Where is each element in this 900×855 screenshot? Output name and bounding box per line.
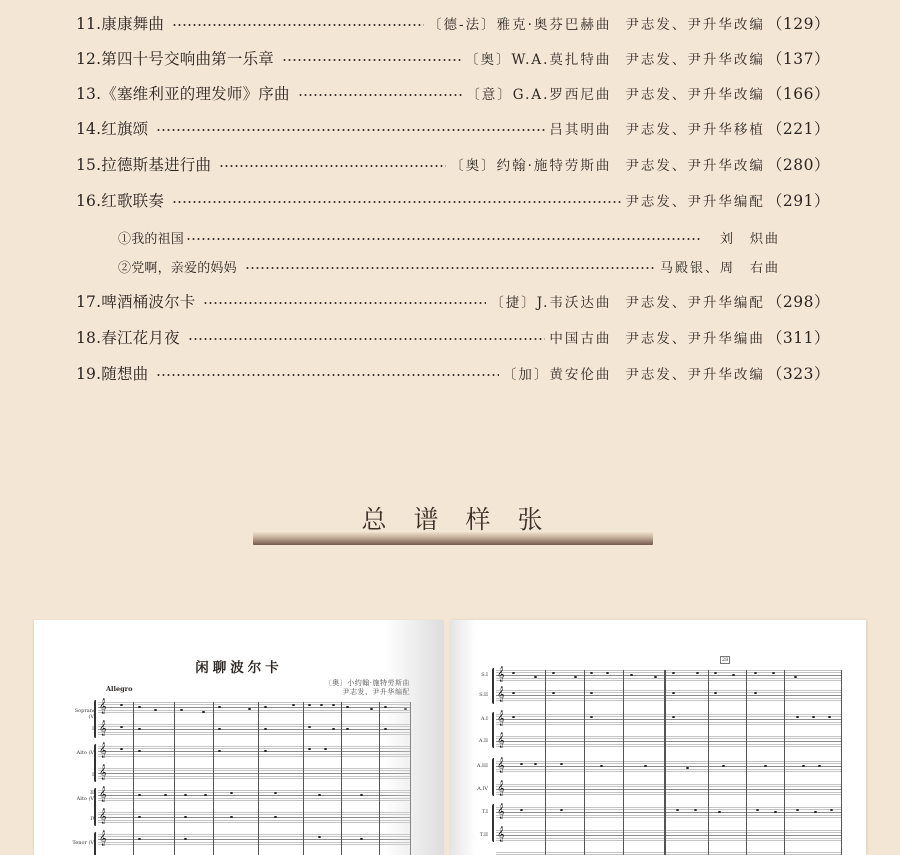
staff-brace [94, 700, 97, 738]
toc-entry-arranger: 尹志发、尹升华改编 [625, 363, 765, 383]
barline [841, 670, 842, 855]
treble-clef-icon: 𝄞 [497, 828, 505, 841]
section-title: 总谱样张 [252, 500, 652, 536]
page-gutter-shadow [450, 620, 476, 855]
score-sample-book: 闲聊波尔卡 〔奥〕小约翰·施特劳斯曲 尹志发、尹升华编配 Allegro ISo… [34, 620, 866, 855]
barline [584, 670, 585, 855]
treble-clef-icon: 𝄞 [497, 688, 505, 701]
toc-entry: 11.康康舞曲 〔德-法〕雅克·奥芬巴赫曲 尹志发、尹升华改编 （129） [76, 10, 830, 36]
barline [746, 670, 747, 855]
treble-clef-icon: 𝄞 [497, 805, 505, 818]
staff-brace [492, 758, 495, 796]
barline [133, 702, 134, 855]
toc-entry-composer: 〔意〕G.A.罗西尼曲 [466, 83, 611, 103]
barline [213, 702, 214, 855]
barline [708, 670, 709, 855]
staff-brace [94, 744, 97, 782]
barline [258, 702, 259, 855]
music-staff [98, 702, 410, 713]
dot-leader [245, 267, 656, 269]
toc-entry: 17.啤酒桶波尔卡 〔捷〕J.韦沃达曲 尹志发、尹升华编配 （298） [76, 288, 830, 314]
treble-clef-icon: 𝄞 [99, 766, 107, 779]
music-staff [496, 784, 842, 795]
toc-entry-title: 18.春江花月夜 [76, 326, 180, 348]
toc-entry-page: （291） [767, 189, 830, 211]
treble-clef-icon: 𝄞 [99, 810, 107, 823]
staff-brace [492, 668, 495, 704]
music-staff [496, 690, 842, 701]
treble-clef-icon: 𝄞 [497, 782, 505, 795]
dot-leader [172, 201, 621, 203]
toc-entry-composer: 〔奥〕约翰·施特劳斯曲 [450, 154, 611, 174]
barline [303, 702, 304, 855]
staff-brace [492, 712, 495, 748]
toc-entry-arranger: 尹志发、尹升华编配 [625, 291, 765, 311]
toc-entry-composer: 中国古曲 [549, 327, 611, 347]
toc-entry-arranger: 尹志发、尹升华改编 [625, 154, 765, 174]
toc-entry-page: （166） [767, 82, 830, 104]
toc-entry-page: （298） [767, 290, 830, 312]
music-staff [98, 812, 410, 823]
treble-clef-icon: 𝄞 [497, 668, 505, 681]
score-title: 闲聊波尔卡 [34, 656, 444, 676]
toc-sub-entry-title: ②党啊，亲爱的妈妈 [118, 257, 237, 276]
barline [174, 702, 175, 855]
toc-entry-title: 19.随想曲 [76, 362, 148, 384]
music-staff [496, 761, 842, 772]
toc-entry-arranger: 尹志发、尹升华改编 [625, 13, 765, 33]
tempo-marking: Allegro [106, 685, 132, 693]
music-staff [496, 670, 842, 681]
toc-entry-composer: 〔加〕黄安伦曲 [503, 363, 612, 383]
toc-entry-title: 15.拉德斯基进行曲 [76, 153, 211, 175]
toc-entry-title: 16.红歌联奏 [76, 189, 164, 211]
toc-entry-title: 13.《塞维利亚的理发师》序曲 [76, 82, 290, 104]
toc-entry-composer: 吕其明曲 [549, 118, 611, 138]
toc-entry-page: （129） [767, 12, 830, 34]
music-staff [98, 746, 410, 757]
dot-leader [156, 129, 545, 131]
toc-entry-composer: 〔捷〕J.韦沃达曲 [490, 291, 611, 311]
score-page-left: 闲聊波尔卡 〔奥〕小约翰·施特劳斯曲 尹志发、尹升华编配 Allegro ISo… [34, 620, 444, 855]
rehearsal-measure-number: 28 [720, 656, 730, 664]
staff-label: II [72, 726, 96, 732]
toc-entry-page: （280） [767, 153, 830, 175]
barline [341, 702, 342, 855]
barline [664, 670, 666, 855]
toc-entry: 18.春江花月夜 中国古曲 尹志发、尹升华编曲 （311） [76, 324, 830, 350]
staff-label: ITenor (Ⅴ) [72, 834, 96, 846]
dot-leader [203, 302, 486, 304]
music-staff [98, 790, 410, 801]
toc-entry: 15.拉德斯基进行曲 〔奥〕约翰·施特劳斯曲 尹志发、尹升华改编 （280） [76, 151, 830, 177]
toc-entry-title: 14.红旗颂 [76, 117, 148, 139]
staff-label: II [72, 772, 96, 778]
treble-clef-icon: 𝄞 [99, 700, 107, 713]
toc-entry-arranger: 尹志发、尹升华移植 [625, 118, 765, 138]
score-page-right: 28 S.I S.II A.I A.II A.III A.IV T.I T.II… [450, 620, 866, 855]
toc-entry: 16.红歌联奏 尹志发、尹升华编配 （291） [76, 187, 830, 213]
music-staff [98, 768, 410, 779]
toc-entry-arranger: 尹志发、尹升华编曲 [625, 327, 765, 347]
toc-entry-composer: 〔奥〕W.A.莫扎特曲 [465, 48, 611, 68]
toc-sub-entry: ②党啊，亲爱的妈妈 马殿银、周 右曲 [118, 253, 780, 279]
toc-entry-page: （323） [767, 362, 830, 384]
section-underline-bar [253, 532, 653, 545]
page-gutter-shadow [384, 620, 444, 855]
dot-leader [219, 165, 446, 167]
barline [379, 702, 380, 855]
toc-entry: 14.红旗颂 吕其明曲 尹志发、尹升华移植 （221） [76, 115, 830, 141]
staff-brace [94, 832, 97, 855]
staff-label: ISoprano (Ⅴ) [72, 702, 96, 720]
barline [623, 670, 624, 855]
dot-leader [298, 94, 463, 96]
toc-sub-entry: ①我的祖国 刘 炽曲 [118, 224, 780, 250]
toc-entry: 19.随想曲 〔加〕黄安伦曲 尹志发、尹升华改编 （323） [76, 360, 830, 386]
toc-entry-page: （311） [767, 326, 830, 348]
treble-clef-icon: 𝄞 [99, 788, 107, 801]
staff-label: IV [72, 816, 96, 822]
dot-leader [186, 238, 702, 240]
toc-entry-arranger: 尹志发、尹升华改编 [625, 48, 765, 68]
staff-brace [492, 804, 495, 842]
toc-entry-arranger: 尹志发、尹升华编配 [625, 190, 765, 210]
music-staff [496, 736, 842, 747]
music-staff [98, 724, 410, 735]
dot-leader [282, 59, 461, 61]
toc-entry-title: 11.康康舞曲 [76, 12, 164, 34]
toc-entry-page: （221） [767, 117, 830, 139]
barline [545, 670, 546, 855]
treble-clef-icon: 𝄞 [497, 734, 505, 747]
toc-entry-title: 17.啤酒桶波尔卡 [76, 290, 195, 312]
treble-clef-icon: 𝄞 [99, 744, 107, 757]
toc-entry-page: （137） [767, 47, 830, 69]
staff-label: IIIAlto (Ⅴ) [72, 790, 96, 802]
toc-entry-arranger: 尹志发、尹升华改编 [625, 83, 765, 103]
treble-clef-icon: 𝄞 [99, 832, 107, 845]
dot-leader [156, 374, 499, 376]
treble-clef-icon: 𝄞 [497, 712, 505, 725]
toc-sub-entry-composer: 刘 炽曲 [720, 228, 780, 247]
dot-leader [188, 338, 546, 340]
treble-clef-icon: 𝄞 [99, 722, 107, 735]
toc-entry-composer: 〔德-法〕雅克·奥芬巴赫曲 [428, 13, 611, 33]
toc-entry: 12.第四十号交响曲第一乐章 〔奥〕W.A.莫扎特曲 尹志发、尹升华改编 （13… [76, 45, 830, 71]
toc-sub-entry-composer: 马殿银、周 右曲 [660, 257, 780, 276]
staff-label: IAlto (Ⅴ) [72, 744, 96, 756]
toc-entry: 13.《塞维利亚的理发师》序曲 〔意〕G.A.罗西尼曲 尹志发、尹升华改编 （1… [76, 80, 830, 106]
music-staff [496, 714, 842, 725]
barline [784, 670, 785, 855]
dot-leader [172, 24, 424, 26]
toc-sub-entry-title: ①我的祖国 [118, 228, 184, 247]
music-staff [496, 807, 842, 818]
music-staff [496, 830, 842, 841]
music-staff [98, 834, 410, 845]
toc-entry-title: 12.第四十号交响曲第一乐章 [76, 47, 274, 69]
treble-clef-icon: 𝄞 [497, 759, 505, 772]
staff-brace [94, 788, 97, 826]
